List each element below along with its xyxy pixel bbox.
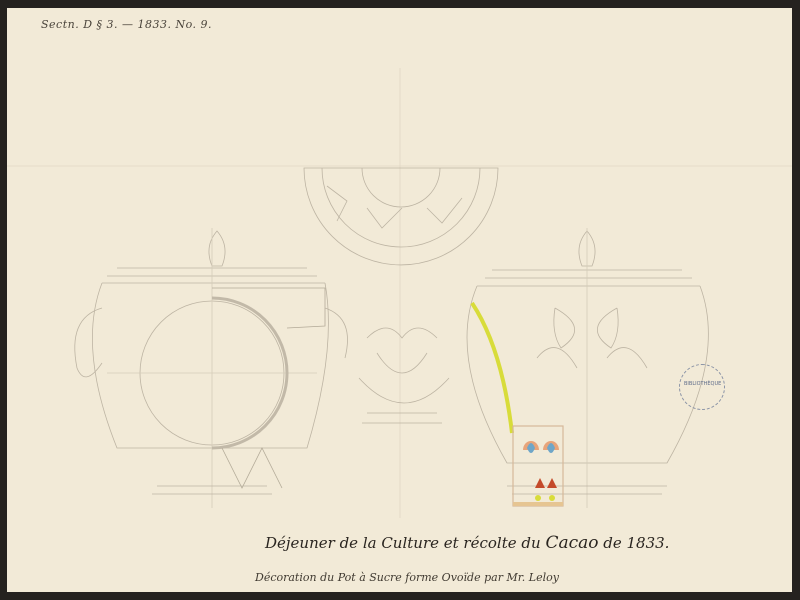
archive-reference: Sectn. D § 3. — 1833. No. 9.	[41, 18, 212, 31]
drawing-sheet: Sectn. D § 3. — 1833. No. 9. Déjeuner de…	[7, 8, 792, 592]
drawing-subtitle: Décoration du Pot à Sucre forme Ovoïde p…	[255, 571, 559, 584]
drawing-title: Déjeuner de la Culture et récolte du Cac…	[265, 533, 669, 553]
stamp-text: BIBLIOTHÈQUE	[684, 381, 721, 387]
title-suffix: de 1833.	[603, 534, 669, 552]
title-prefix: Déjeuner de la Culture et récolte du	[265, 534, 541, 552]
technical-drawing	[7, 8, 792, 592]
title-emphasis: Cacao	[545, 533, 598, 553]
library-stamp: BIBLIOTHÈQUE	[679, 364, 725, 410]
